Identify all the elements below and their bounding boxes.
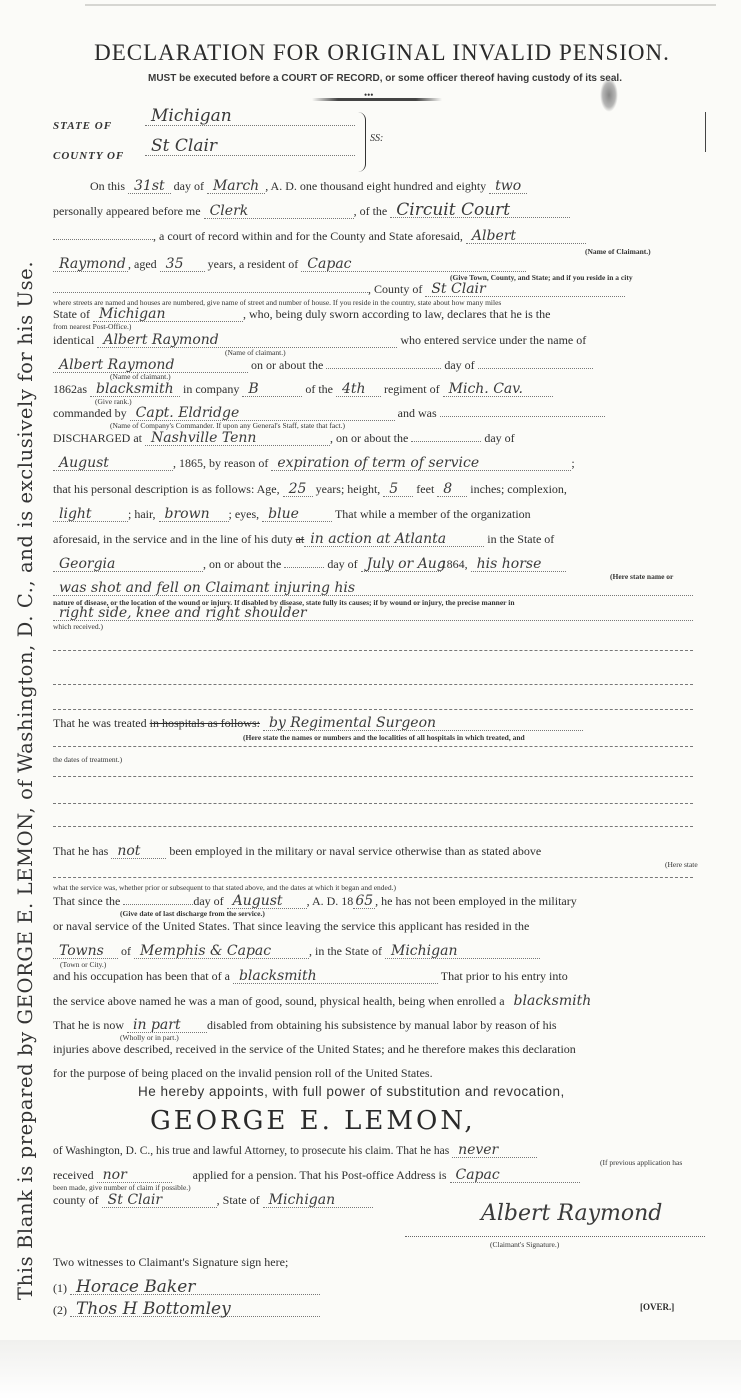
- month-field[interactable]: March: [207, 179, 265, 194]
- company-field[interactable]: B: [242, 382, 302, 397]
- text: day of: [484, 431, 514, 445]
- text: inches; complexion,: [470, 482, 567, 496]
- blank-line[interactable]: [53, 684, 693, 685]
- note-claimant: (Name of Claimant.): [585, 247, 651, 256]
- line-injuries: injuries above described, received in th…: [53, 1041, 693, 1057]
- injury-day-field[interactable]: [284, 567, 324, 568]
- received-field[interactable]: nor: [97, 1168, 172, 1183]
- text: that his personal description is as foll…: [53, 482, 280, 496]
- state-field[interactable]: Michigan: [145, 108, 355, 126]
- text: day of: [174, 179, 204, 193]
- text: , 1865, by reason of: [173, 456, 268, 470]
- text: That he is now: [53, 1018, 124, 1032]
- struck-text: at: [296, 532, 305, 546]
- residence-field[interactable]: Capac: [301, 257, 526, 272]
- since-year-field[interactable]: 65: [353, 894, 375, 909]
- text: day of: [444, 358, 474, 372]
- ink-smudge: [600, 78, 618, 112]
- note-postoffice: from nearest Post-Office.): [53, 322, 131, 331]
- text: in the State of: [487, 532, 554, 546]
- blank-line[interactable]: [53, 877, 693, 878]
- blank[interactable]: [440, 416, 605, 417]
- note-name2: (Name of claimant.): [110, 372, 171, 381]
- text: of: [121, 944, 131, 958]
- line-injury-desc-3: right side, knee and right shoulder: [53, 605, 693, 621]
- text: , he has not been employed in the milita…: [375, 894, 577, 908]
- text: That while a member of the organization: [335, 507, 531, 521]
- post-office-field[interactable]: Capac: [450, 1168, 580, 1183]
- regiment-no-field[interactable]: 4th: [336, 382, 381, 397]
- text: years; height,: [316, 482, 381, 496]
- text: of the: [305, 382, 333, 396]
- has-field[interactable]: never: [452, 1143, 537, 1158]
- text: That prior to his entry into: [441, 969, 568, 983]
- text: received: [53, 1168, 94, 1182]
- text: , A. D. one thousand eight hundred and e…: [265, 179, 486, 193]
- line-attorney: of Washington, D. C., his true and lawfu…: [53, 1143, 693, 1159]
- text: , a court of record within and for the C…: [153, 229, 463, 243]
- state-field[interactable]: Michigan: [93, 307, 243, 322]
- text: of Washington, D. C., his true and lawfu…: [53, 1145, 449, 1157]
- regiment-field[interactable]: Mich. Cav.: [443, 382, 553, 397]
- line-county: , County of St Clair: [53, 281, 693, 297]
- note-service: what the service was, whether prior or s…: [53, 883, 396, 892]
- blank[interactable]: [53, 292, 368, 293]
- pension-declaration-form: This Blank is prepared by GEORGE E. LEMO…: [0, 0, 741, 1400]
- claimant-signature: Albert Raymond: [475, 1207, 668, 1221]
- note-claimant-signature: (Claimant's Signature.): [490, 1240, 559, 1249]
- line-received: received nor applied for a pension. That…: [53, 1167, 693, 1183]
- line-disabled: That he is now in partdisabled from obta…: [53, 1017, 693, 1033]
- ornament-divider: [312, 98, 442, 101]
- over-marker: [OVER.]: [640, 1302, 674, 1312]
- text: in company: [183, 382, 239, 396]
- witness-1-label: (1): [53, 1281, 67, 1295]
- text: been employed in the military or naval s…: [169, 844, 541, 858]
- complexion-field[interactable]: light: [53, 507, 128, 522]
- text: , on or about the: [330, 431, 408, 445]
- day-field[interactable]: 31st: [128, 179, 171, 194]
- service-name-field[interactable]: Albert Raymond: [53, 358, 248, 373]
- venue-bracket: [358, 112, 366, 172]
- discharge-place-field[interactable]: Nashville Tenn: [145, 431, 330, 446]
- text: 1864,: [441, 557, 468, 571]
- line-identical: identical Albert Raymond who entered ser…: [53, 332, 693, 348]
- text: years, a resident of: [208, 257, 299, 271]
- injury-date-field[interactable]: July or Aug: [361, 557, 441, 572]
- witness-2-label: (2): [53, 1303, 67, 1317]
- res-type-field[interactable]: Towns: [53, 944, 118, 959]
- line-rank: 1862as blacksmith in company B of the 4t…: [53, 381, 693, 397]
- text: , State of: [217, 1193, 260, 1207]
- ss-label: SS:: [370, 133, 383, 144]
- page-bottom-edge: [0, 1340, 741, 1400]
- page-edge-rule: [85, 4, 716, 6]
- witness-2-field[interactable]: Thos H Bottomley: [70, 1302, 320, 1317]
- injury-desc-1-field[interactable]: his horse: [471, 557, 566, 572]
- officer-field[interactable]: Clerk: [204, 204, 354, 219]
- note-here-state: (Here state: [665, 860, 698, 869]
- height-inches-field[interactable]: 8: [437, 482, 467, 497]
- text: On this: [90, 179, 125, 193]
- text: identical: [53, 333, 94, 347]
- text: , on or about the: [203, 557, 281, 571]
- note-discharge: (Give date of last discharge from the se…: [120, 909, 265, 918]
- text: ; hair,: [128, 507, 156, 521]
- text: , A. D. 18: [307, 894, 354, 908]
- text: day of: [327, 557, 357, 571]
- text: ; eyes,: [229, 507, 260, 521]
- line-health: the service above named he was a man of …: [53, 993, 693, 1009]
- line-treated: That he was treated in hospitals as foll…: [53, 715, 693, 731]
- text: feet: [416, 482, 434, 496]
- line-discharge-reason: August, 1865, by reason of expiration of…: [53, 455, 693, 471]
- county-label: COUNTY OF: [53, 150, 124, 162]
- res-state-field[interactable]: Michigan: [385, 944, 540, 959]
- text: , who, being duly sworn according to law…: [243, 307, 550, 321]
- text: and his occupation has been that of a: [53, 969, 230, 983]
- text: , of the: [354, 204, 388, 218]
- line-state: State of Michigan, who, being duly sworn…: [53, 306, 693, 322]
- witness-1-field[interactable]: Horace Baker: [70, 1280, 320, 1295]
- desc-age-field[interactable]: 25: [283, 482, 313, 497]
- text: day of: [193, 894, 223, 908]
- text: on or about the: [251, 358, 323, 372]
- rank-field[interactable]: blacksmith: [90, 382, 180, 397]
- line-duty: aforesaid, in the service and in the lin…: [53, 531, 693, 547]
- struck-text: in hospitals as follows:: [150, 716, 260, 730]
- blank-line[interactable]: [53, 776, 693, 777]
- note-dates: the dates of treatment.): [53, 755, 122, 764]
- blank-line[interactable]: [53, 650, 693, 651]
- claimant-first-field[interactable]: Albert: [466, 229, 586, 244]
- enrolled-as-field[interactable]: blacksmith: [508, 994, 598, 1008]
- line-purpose: for the purpose of being placed on the i…: [53, 1065, 693, 1081]
- margin-bar: [705, 112, 706, 152]
- res-towns-field[interactable]: Memphis & Capac: [134, 944, 309, 959]
- line-injury-desc: was shot and fell on Claimant injuring h…: [53, 580, 693, 596]
- line-employed: That he has not been employed in the mil…: [53, 843, 693, 859]
- text: aforesaid, in the service and in the lin…: [53, 532, 293, 546]
- injury-state-field[interactable]: Georgia: [53, 557, 203, 572]
- line-since: That since the day of August, A. D. 1865…: [53, 893, 693, 909]
- text: disabled from obtaining his subsistence …: [207, 1018, 557, 1032]
- blank-line[interactable]: [53, 803, 693, 804]
- state-value: Michigan: [145, 109, 238, 123]
- text: county of: [53, 1193, 99, 1207]
- note-name1: (Name of claimant.): [225, 348, 286, 357]
- line-residence: Raymond, aged 35 years, a resident of Ca…: [53, 256, 693, 272]
- text: That he was treated: [53, 716, 147, 730]
- text: DISCHARGED at: [53, 431, 142, 445]
- discharge-day-field[interactable]: [411, 441, 481, 442]
- since-month-field[interactable]: August: [227, 894, 307, 909]
- blank-line[interactable]: [53, 709, 693, 710]
- disabled-extent-field[interactable]: in part: [127, 1018, 207, 1033]
- address-county-field[interactable]: St Clair: [102, 1193, 217, 1208]
- year-field[interactable]: two: [489, 179, 527, 194]
- height-feet-field[interactable]: 5: [383, 482, 413, 497]
- line-discharged: DISCHARGED at Nashville Tenn, on or abou…: [53, 430, 693, 446]
- claimant-signature-field[interactable]: Albert Raymond: [405, 1215, 705, 1237]
- text: regiment of: [384, 382, 440, 396]
- since-day-field[interactable]: [123, 904, 193, 905]
- occupation-field[interactable]: blacksmith: [233, 969, 438, 984]
- service-day-field[interactable]: [326, 368, 441, 369]
- note-hospitals: (Here state the names or numbers and the…: [243, 733, 525, 742]
- line-injury-date: Georgia, on or about the day of July or …: [53, 556, 693, 572]
- employed-field[interactable]: not: [111, 844, 166, 859]
- injury-desc-2-field[interactable]: was shot and fell on Claimant injuring h…: [53, 581, 693, 596]
- duty-place-field[interactable]: in action at Atlanta: [304, 532, 484, 547]
- injury-desc-3-field[interactable]: right side, knee and right shoulder: [53, 606, 693, 621]
- line-court: , a court of record within and for the C…: [53, 228, 693, 244]
- service-month-field[interactable]: [478, 368, 593, 369]
- note-commander: (Name of Company's Commander. If upon an…: [110, 421, 345, 430]
- identical-name-field[interactable]: Albert Raymond: [97, 333, 397, 348]
- state-label: STATE OF: [53, 120, 112, 132]
- line-occupation: and his occupation has been that of a bl…: [53, 968, 693, 984]
- note-received: which received.): [53, 622, 103, 631]
- text: , County of: [368, 282, 422, 296]
- age-field[interactable]: 35: [160, 257, 205, 272]
- appointment-text: He hereby appoints, with full power of s…: [138, 1084, 698, 1099]
- text: applied for a pension. That his Post-off…: [193, 1168, 447, 1182]
- note-claim: been made, give number of claim if possi…: [53, 1183, 191, 1192]
- vertical-margin-notice: This Blank is prepared by GEORGE E. LEMO…: [14, 261, 37, 1300]
- text: That he has: [53, 844, 108, 858]
- county-field[interactable]: St Clair: [425, 282, 625, 297]
- line-date: On this 31st day of March, A. D. one tho…: [90, 178, 710, 194]
- text: , aged: [128, 257, 157, 271]
- text: who entered service under the name of: [400, 333, 586, 347]
- witness-heading: Two witnesses to Claimant's Signature si…: [53, 1254, 693, 1270]
- text: commanded by: [53, 406, 127, 420]
- blank-line[interactable]: [53, 746, 693, 747]
- line-hair-eyes: light; hair, brown; eyes, blue That whil…: [53, 506, 693, 522]
- attorney-name: GEORGE E. LEMON,: [150, 1106, 476, 1136]
- enlist-year: 1862: [53, 382, 77, 396]
- text: the service above named he was a man of …: [53, 994, 505, 1008]
- discharge-reason-field[interactable]: expiration of term of service: [271, 456, 571, 471]
- treated-by-field[interactable]: by Regimental Surgeon: [263, 716, 583, 731]
- address-state-field[interactable]: Michigan: [263, 1193, 373, 1208]
- line-description: that his personal description is as foll…: [53, 481, 693, 497]
- line-service-name: Albert Raymond on or about the day of: [53, 357, 693, 373]
- text: , in the State of: [309, 944, 382, 958]
- eyes-field[interactable]: blue: [262, 507, 332, 522]
- witness-2-row: (2) Thos H Bottomley: [53, 1302, 693, 1318]
- discharge-month-field[interactable]: August: [53, 456, 173, 471]
- county-field[interactable]: St Clair: [145, 138, 355, 156]
- line-appeared: personally appeared before me Clerk, of …: [53, 203, 693, 219]
- text: as: [77, 382, 87, 396]
- line-commander: commanded by Capt. Eldridge and was: [53, 405, 693, 421]
- blank-line[interactable]: [53, 826, 693, 827]
- text: That since the: [53, 894, 120, 908]
- text: State of: [53, 307, 90, 321]
- document-title: DECLARATION FOR ORIGINAL INVALID PENSION…: [52, 40, 712, 66]
- text: personally appeared before me: [53, 204, 201, 218]
- county-value: St Clair: [145, 139, 223, 153]
- line-resided: Towns of Memphis & Capac, in the State o…: [53, 943, 693, 959]
- line-naval: or naval service of the United States. T…: [53, 918, 693, 934]
- text: and was: [398, 406, 437, 420]
- claimant-last-field[interactable]: Raymond: [53, 257, 128, 272]
- note-previous: (If previous application has: [600, 1158, 682, 1167]
- witness-1-row: (1) Horace Baker: [53, 1280, 693, 1296]
- hair-field[interactable]: brown: [159, 507, 229, 522]
- court-field[interactable]: Circuit Court: [390, 203, 570, 218]
- commander-field[interactable]: Capt. Eldridge: [130, 406, 395, 421]
- blank[interactable]: [53, 239, 153, 240]
